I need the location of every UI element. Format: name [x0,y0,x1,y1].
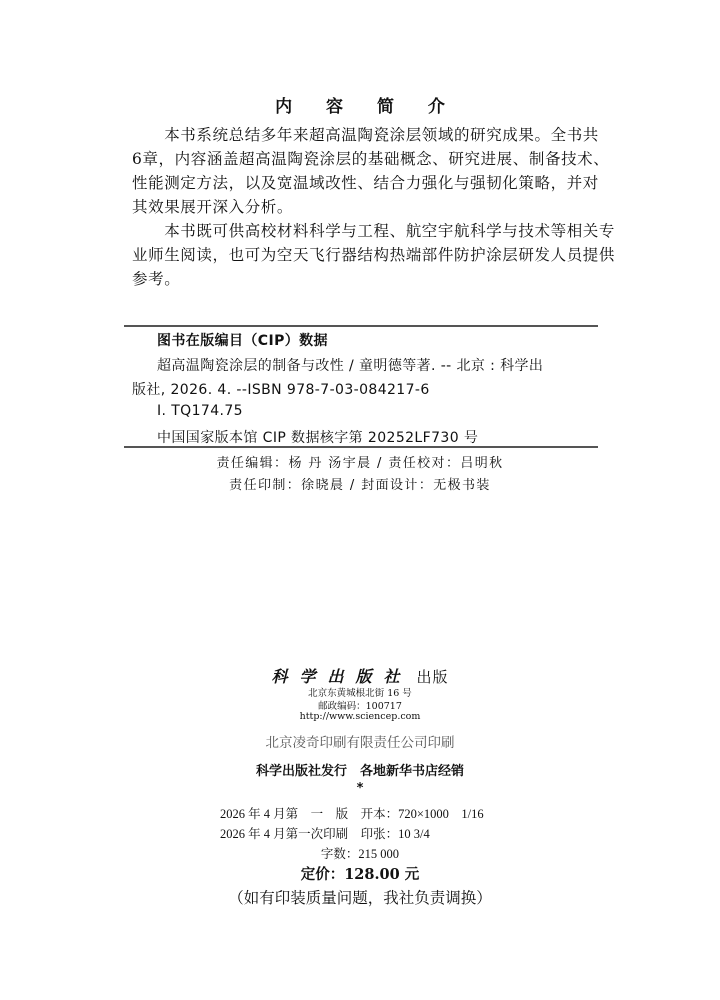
summary-line: 本书既可供高校材料科学与工程、航空宇航科学与技术等相关专 [132,219,615,243]
summary-line: 参考。 [132,267,180,291]
summary-line: 性能测定方法，以及宽温域改性、结合力强化与强韧化策略，并对 [132,171,599,195]
page-title: 内 容 简 介 [0,92,720,117]
distribution: 科学出版社发行 各地新华书店经销 [0,760,720,779]
edition-line: 2026 年 4 月第 一 版 开本：720×1000 1/16 [220,804,484,822]
separator-star: * [0,781,720,796]
credits-editors: 责任编辑：杨 丹 汤宇晨 / 责任校对：吕明秋 [0,452,720,471]
printing-line: 2026 年 4 月第一次印刷 印张：10 3/4 [220,824,430,842]
cip-heading: 图书在版编目（CIP）数据 [157,330,328,350]
summary-line: 其效果展开深入分析。 [132,195,293,219]
summary-line: 6章，内容涵盖超高温陶瓷涂层的基础概念、研究进展、制备技术、 [132,147,609,171]
publisher-line: 科学出版社 出版 [0,664,720,687]
publisher-website: http://www.sciencep.com [0,711,720,722]
credits-production: 责任印制：徐晓晨 / 封面设计：无极书装 [0,474,720,493]
publisher-address: 北京东黄城根北街 16 号 [0,685,720,699]
cip-classification: Ⅰ. TQ174.75 [157,403,243,419]
cip-line: 超高温陶瓷涂层的制备与改性 / 童明德等著. -- 北京 : 科学出 [157,355,543,375]
quality-notice: （如有印装质量问题，我社负责调换） [0,886,720,908]
publisher-name: 科学出版社 [271,667,411,686]
publisher-suffix: 出版 [417,668,449,686]
summary-line: 业师生阅读，也可为空天飞行器结构热端部件防护涂层研发人员提供 [132,243,615,267]
printer: 北京凌奇印刷有限责任公司印刷 [0,731,720,751]
cip-record-number: 中国国家版本馆 CIP 数据核字第 20252LF730 号 [157,427,478,447]
cip-top-rule [124,325,598,327]
summary-line: 本书系统总结多年来超高温陶瓷涂层领域的研究成果。全书共 [132,123,599,147]
cip-line: 版社, 2026. 4. --ISBN 978-7-03-084217-6 [132,379,430,399]
cip-bottom-rule [124,446,598,448]
price: 定价：128.00 元 [0,863,720,884]
word-count: 字数：215 000 [0,844,720,862]
publisher-postcode: 邮政编码：100717 [0,698,720,712]
